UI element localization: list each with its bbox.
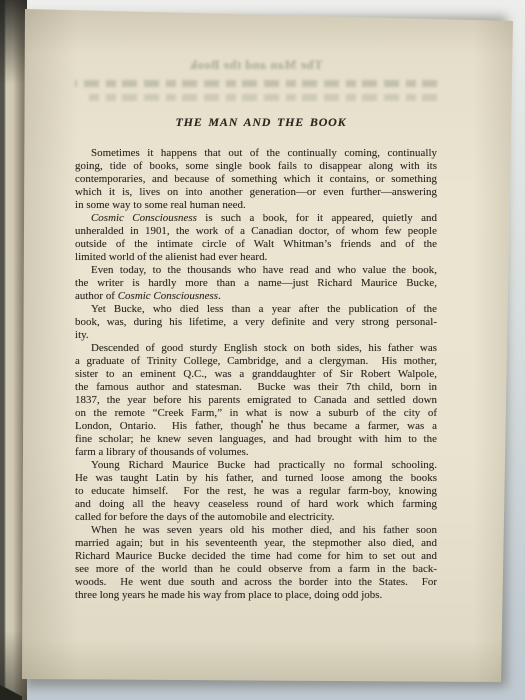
text-line: Yet Bucke, who died less than a year aft… (75, 303, 437, 316)
text-line: to educate himself. For the rest, he was… (75, 485, 437, 498)
chapter-heading: THE MAN AND THE BOOK (80, 115, 442, 130)
text-line: author of Cosmic Consciousness. (75, 290, 437, 303)
text-line: the famous author and statesman. Bucke w… (75, 381, 437, 394)
text-line: When he was seven years old his mother d… (75, 524, 437, 537)
text-line: fine scholar; he knew seven languages, a… (75, 433, 437, 446)
text-line: London, Ontario. His father, though he t… (75, 420, 437, 433)
text-line: a graduate of Trinity College, Cambridge… (75, 355, 437, 368)
text-line: which it is, lives on into another gener… (75, 186, 437, 199)
bleedthrough-line (75, 80, 437, 87)
text-line: sister to an eminent Q.C., was a grandda… (75, 368, 437, 381)
text-line: ity. (75, 329, 437, 342)
text-line: see more of the world than he could obse… (75, 563, 437, 576)
text-line: going, tide of books, some single book f… (75, 160, 437, 173)
book-page-photo: The Man and the Book THE MAN AND THE BOO… (0, 0, 525, 700)
text-line: the writer is hardly more than a name—ju… (75, 277, 437, 290)
paper-speck (261, 420, 263, 423)
text-line: contemporaries, and because of something… (75, 173, 437, 186)
text-line: Cosmic Consciousness is such a book, for… (75, 212, 437, 225)
text-line: Sometimes it happens that out of the con… (75, 147, 437, 160)
text-line: book, was, during his lifetime, a very d… (75, 316, 437, 329)
text-line: farm a library of thousands of volumes. (75, 446, 437, 459)
text-line: in some way to some real human need. (75, 199, 437, 212)
text-line: and doing all the heavy ceaseless round … (75, 498, 437, 511)
text-line: Even today, to the thousands who have re… (75, 264, 437, 277)
book-page: The Man and the Book THE MAN AND THE BOO… (0, 0, 525, 700)
text-line: Descended of good sturdy English stock o… (75, 342, 437, 355)
text-line: 1837, the year before his parents emigra… (75, 394, 437, 407)
text-line: He was taught Latin by his father, and t… (75, 472, 437, 485)
spine-top-shadow (0, 0, 27, 85)
text-line: limited world of the alienist had ever h… (75, 251, 437, 264)
text-line: unheralded in 1901, the work of a Canadi… (75, 225, 437, 238)
text-line: three long years he made his way from pl… (75, 589, 437, 602)
text-line: married again; but in his seventeenth ye… (75, 537, 437, 550)
body-text: Sometimes it happens that out of the con… (75, 147, 437, 602)
text-line: outside of the intimate circle of Walt W… (75, 238, 437, 251)
text-line: woods. He went due south and across the … (75, 576, 437, 589)
text-line: on the remote “Creek Farm,” in what is n… (75, 407, 437, 420)
text-line: called for before the days of the automo… (75, 511, 437, 524)
bleedthrough-line (89, 94, 437, 101)
bleedthrough-text: The Man and the Book (75, 58, 437, 101)
bleedthrough-heading: The Man and the Book (75, 58, 437, 73)
text-line: Richard Maurice Bucke decided the time h… (75, 550, 437, 563)
text-line: Young Richard Maurice Bucke had practica… (75, 459, 437, 472)
